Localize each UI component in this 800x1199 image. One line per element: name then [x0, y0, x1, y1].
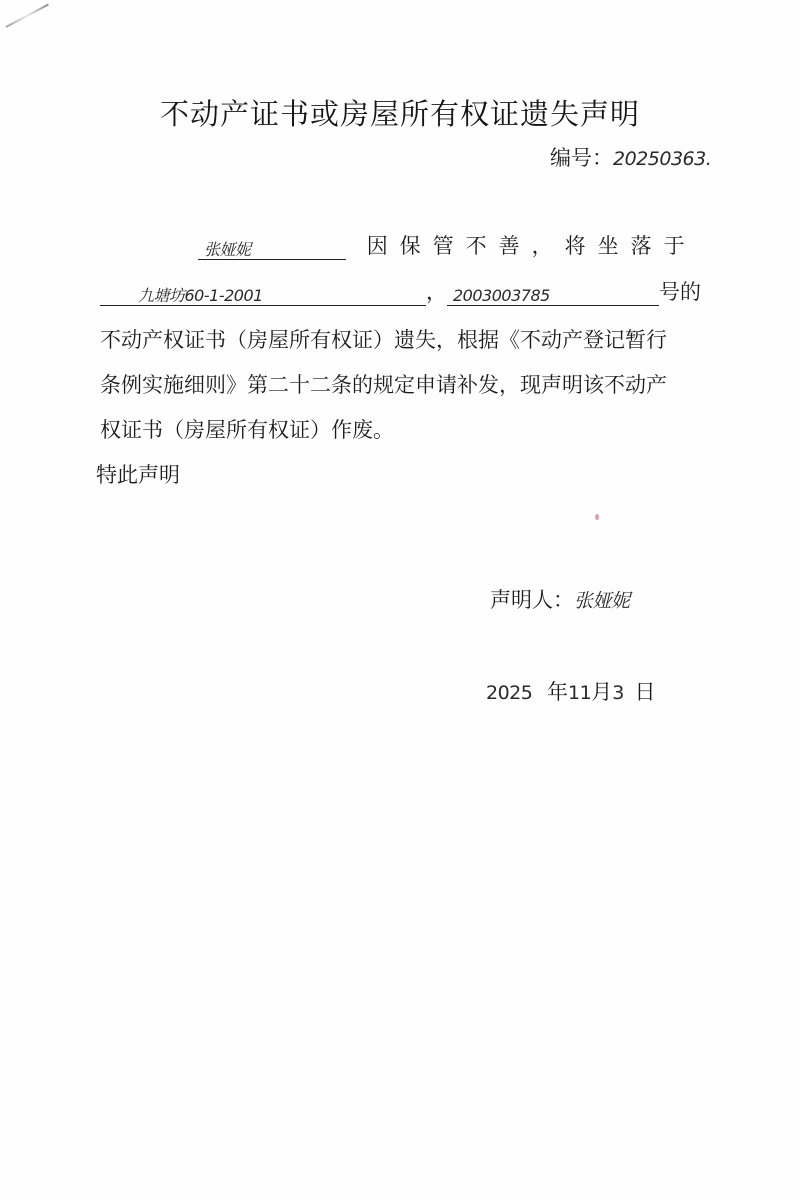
date-year: 2025: [486, 682, 532, 704]
serial-label: 编号：: [550, 146, 613, 170]
date-month: 11: [568, 682, 591, 704]
date-day: 3: [612, 682, 624, 704]
date-year-unit: 年: [547, 680, 568, 704]
statement-line-2: 九塘坊60-1-2001，2003003785号的: [100, 276, 701, 306]
address-blank: 九塘坊60-1-2001: [100, 281, 426, 306]
serial-number: 编号：20250363.: [550, 142, 711, 172]
date-line: 2025 年11月3 日: [486, 676, 656, 706]
document-title: 不动产证书或房屋所有权证遗失声明: [0, 92, 800, 133]
closing-text: 特此声明: [96, 453, 720, 498]
line2-suffix: 号的: [659, 280, 701, 304]
statement-paragraph: 不动产权证书（房屋所有权证）遗失，根据《不动产登记暂行 条例实施细则》第二十二条…: [100, 318, 720, 498]
document-page: 不动产证书或房屋所有权证遗失声明 编号：20250363. 张娅妮 因保管不善，…: [0, 0, 800, 1199]
ink-dot: [595, 514, 599, 520]
address-filled: 九塘坊60-1-2001: [138, 286, 263, 305]
name-blank: 张娅妮: [198, 235, 346, 260]
signature-line: 声明人：张娅妮: [490, 584, 630, 614]
cert-number-filled: 2003003785: [453, 286, 550, 305]
cert-number-blank: 2003003785: [447, 281, 659, 306]
serial-value: 20250363: [613, 148, 706, 170]
signature-value: 张娅妮: [574, 590, 630, 612]
signature-label: 声明人：: [490, 588, 574, 612]
paragraph-line: 不动产权证书（房屋所有权证）遗失，根据《不动产登记暂行: [100, 318, 720, 363]
statement-line-1: 张娅妮 因保管不善，将坐落于: [198, 230, 697, 260]
line1-text: 因保管不善，将坐落于: [367, 234, 697, 258]
paragraph-line: 条例实施细则》第二十二条的规定申请补发，现声明该不动产: [100, 363, 720, 408]
separator: ，: [426, 280, 447, 304]
scan-artifact-mark: [6, 4, 49, 28]
paragraph-line: 权证书（房屋所有权证）作废。: [100, 408, 720, 453]
name-filled: 张娅妮: [204, 240, 251, 259]
date-day-unit: 日: [635, 680, 656, 704]
date-month-unit: 月: [591, 680, 612, 704]
